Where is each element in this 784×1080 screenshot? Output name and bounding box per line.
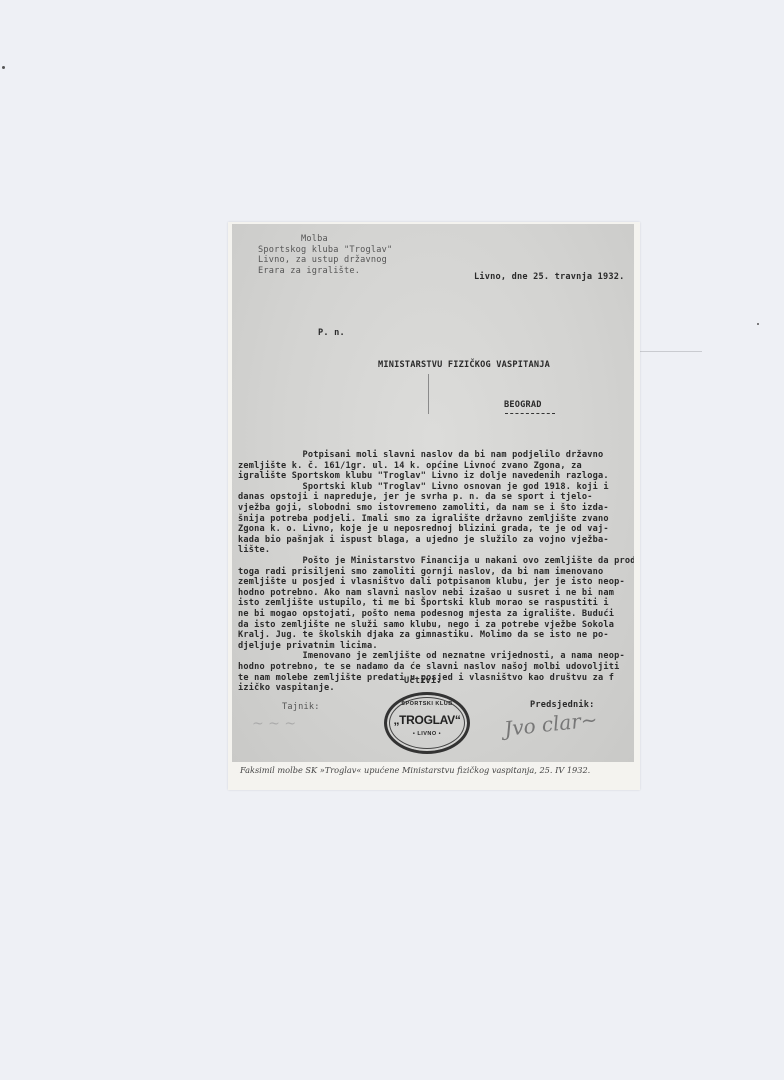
facsimile-caption: Faksimil molbe SK »Troglav« upućene Mini… <box>240 765 634 775</box>
stamp-main-text: „TROGLAV“ <box>387 713 467 727</box>
letter-date: Livno, dne 25. travnja 1932. <box>474 272 624 283</box>
letter-subject-block: Molba Sportskog kluba "Troglav" Livno, z… <box>258 234 392 276</box>
letter-closing: Učtivi: <box>404 676 442 687</box>
scan-speck <box>757 323 759 325</box>
letter-recipient-city: BEOGRAD <box>504 400 542 411</box>
pencil-mark <box>640 351 702 352</box>
newspaper-clipping: Molba Sportskog kluba "Troglav" Livno, z… <box>228 222 640 790</box>
letter-body-paragraph-1: Potpisani moli slavni naslov da bi nam p… <box>238 450 609 556</box>
scan-speck <box>2 66 5 69</box>
secretary-signature: ~ ~ ~ <box>252 716 296 732</box>
stamp-top-text: ŠPORTSKI KLUB <box>387 701 467 707</box>
document-facsimile-photo: Molba Sportskog kluba "Troglav" Livno, z… <box>232 224 634 762</box>
secretary-label: Tajnik: <box>282 702 320 713</box>
president-signature: Jvo clar~ <box>503 707 599 741</box>
stamp-bottom-text: • LIVNO • <box>387 731 467 737</box>
letter-recipient: MINISTARSTVU FIZIČKOG VASPITANJA <box>378 360 550 371</box>
letter-salutation: P. n. <box>318 328 345 339</box>
club-stamp: ŠPORTSKI KLUB „TROGLAV“ • LIVNO • <box>384 692 470 754</box>
letter-body-paragraph-2: Pošto je Ministarstvo Financija u nakani… <box>238 556 634 694</box>
city-underline <box>505 413 555 414</box>
